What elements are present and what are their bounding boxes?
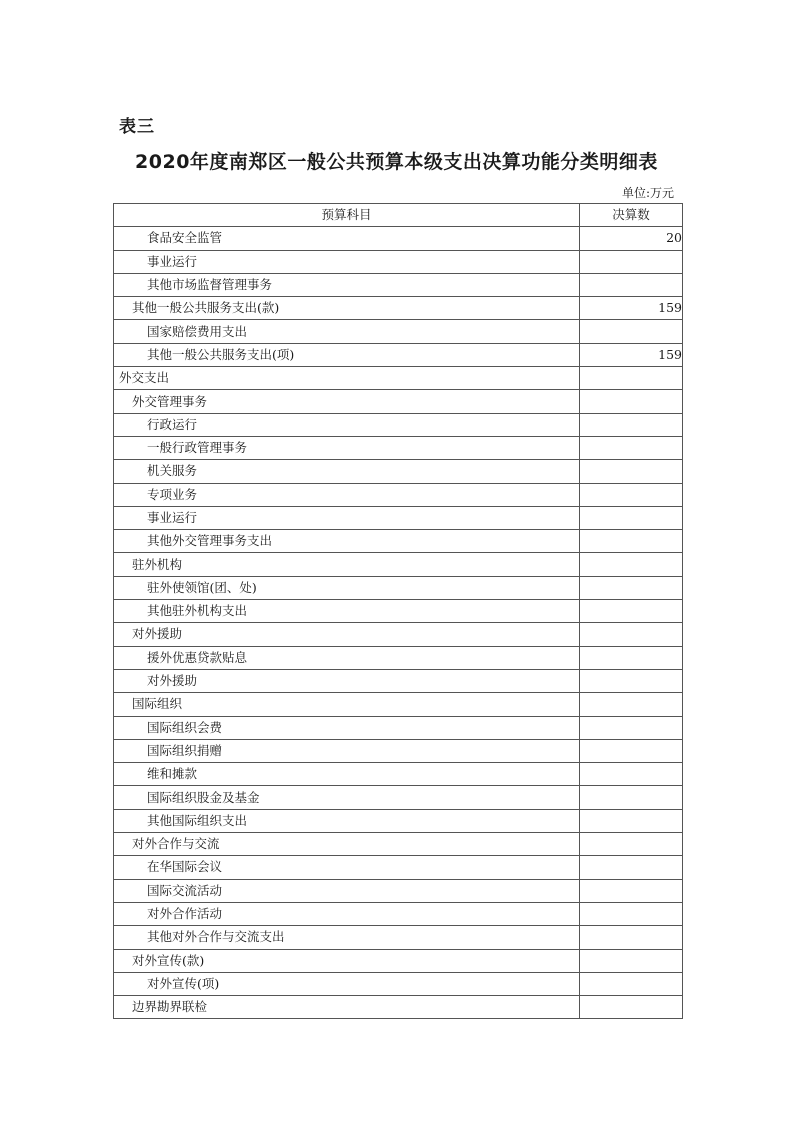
table-row: 其他国际组织支出 bbox=[114, 809, 683, 832]
table-row: 专项业务 bbox=[114, 483, 683, 506]
table-label: 表三 bbox=[119, 112, 155, 137]
final-amount-cell bbox=[580, 460, 683, 483]
table-row: 外交管理事务 bbox=[114, 390, 683, 413]
final-amount-cell bbox=[580, 833, 683, 856]
final-amount-cell bbox=[580, 926, 683, 949]
table-row: 食品安全监管20 bbox=[114, 227, 683, 250]
table-row: 对外合作活动 bbox=[114, 902, 683, 925]
budget-item-name: 对外援助 bbox=[114, 623, 580, 646]
table-row: 其他一般公共服务支出(项)159 bbox=[114, 343, 683, 366]
final-amount-cell: 159 bbox=[580, 297, 683, 320]
final-amount-cell bbox=[580, 600, 683, 623]
final-amount-cell bbox=[580, 972, 683, 995]
table-row: 外交支出 bbox=[114, 367, 683, 390]
table-body: 食品安全监管20事业运行其他市场监督管理事务其他一般公共服务支出(款)159国家… bbox=[114, 227, 683, 1019]
budget-item-name: 事业运行 bbox=[114, 506, 580, 529]
final-amount-cell bbox=[580, 367, 683, 390]
table-row: 援外优惠贷款贴息 bbox=[114, 646, 683, 669]
table-row: 事业运行 bbox=[114, 250, 683, 273]
table-row: 其他驻外机构支出 bbox=[114, 600, 683, 623]
budget-item-name: 在华国际会议 bbox=[114, 856, 580, 879]
budget-item-name: 国际交流活动 bbox=[114, 879, 580, 902]
table-row: 驻外机构 bbox=[114, 553, 683, 576]
final-amount-cell bbox=[580, 273, 683, 296]
budget-item-name: 对外宣传(款) bbox=[114, 949, 580, 972]
budget-item-name: 外交管理事务 bbox=[114, 390, 580, 413]
table-row: 国际组织捐赠 bbox=[114, 739, 683, 762]
budget-item-name: 对外援助 bbox=[114, 669, 580, 692]
final-amount-cell bbox=[580, 739, 683, 762]
table-row: 驻外使领馆(团、处) bbox=[114, 576, 683, 599]
table-row: 维和摊款 bbox=[114, 763, 683, 786]
final-amount-cell bbox=[580, 669, 683, 692]
table-row: 对外援助 bbox=[114, 669, 683, 692]
table-row: 边界勘界联检 bbox=[114, 996, 683, 1019]
budget-item-name: 国际组织会费 bbox=[114, 716, 580, 739]
budget-item-name: 外交支出 bbox=[114, 367, 580, 390]
table-row: 在华国际会议 bbox=[114, 856, 683, 879]
budget-item-name: 其他一般公共服务支出(款) bbox=[114, 297, 580, 320]
table-row: 事业运行 bbox=[114, 506, 683, 529]
budget-item-name: 食品安全监管 bbox=[114, 227, 580, 250]
final-amount-cell bbox=[580, 413, 683, 436]
final-amount-cell bbox=[580, 483, 683, 506]
final-amount-cell bbox=[580, 646, 683, 669]
final-amount-cell bbox=[580, 786, 683, 809]
budget-item-name: 行政运行 bbox=[114, 413, 580, 436]
final-amount-cell bbox=[580, 856, 683, 879]
budget-item-name: 维和摊款 bbox=[114, 763, 580, 786]
table-row: 行政运行 bbox=[114, 413, 683, 436]
unit-label: 单位:万元 bbox=[622, 184, 674, 201]
table-row: 其他对外合作与交流支出 bbox=[114, 926, 683, 949]
table-row: 国际交流活动 bbox=[114, 879, 683, 902]
final-amount-cell bbox=[580, 250, 683, 273]
final-amount-cell bbox=[580, 530, 683, 553]
budget-table: 预算科目 决算数 食品安全监管20事业运行其他市场监督管理事务其他一般公共服务支… bbox=[113, 203, 683, 1019]
budget-item-name: 一般行政管理事务 bbox=[114, 436, 580, 459]
final-amount-cell bbox=[580, 996, 683, 1019]
table-row: 对外宣传(款) bbox=[114, 949, 683, 972]
final-amount-cell bbox=[580, 320, 683, 343]
budget-item-name: 其他对外合作与交流支出 bbox=[114, 926, 580, 949]
table-row: 国际组织股金及基金 bbox=[114, 786, 683, 809]
final-amount-cell bbox=[580, 809, 683, 832]
table-header-row: 预算科目 决算数 bbox=[114, 204, 683, 227]
budget-item-name: 其他国际组织支出 bbox=[114, 809, 580, 832]
final-amount-cell: 20 bbox=[580, 227, 683, 250]
budget-item-name: 对外宣传(项) bbox=[114, 972, 580, 995]
budget-item-name: 其他驻外机构支出 bbox=[114, 600, 580, 623]
table-row: 其他一般公共服务支出(款)159 bbox=[114, 297, 683, 320]
budget-item-name: 国家赔偿费用支出 bbox=[114, 320, 580, 343]
table-row: 其他外交管理事务支出 bbox=[114, 530, 683, 553]
table-row: 对外合作与交流 bbox=[114, 833, 683, 856]
budget-item-name: 机关服务 bbox=[114, 460, 580, 483]
budget-item-name: 驻外机构 bbox=[114, 553, 580, 576]
table-row: 一般行政管理事务 bbox=[114, 436, 683, 459]
budget-item-name: 驻外使领馆(团、处) bbox=[114, 576, 580, 599]
final-amount-cell bbox=[580, 902, 683, 925]
budget-item-name: 专项业务 bbox=[114, 483, 580, 506]
budget-item-name: 其他外交管理事务支出 bbox=[114, 530, 580, 553]
final-amount-cell bbox=[580, 623, 683, 646]
header-budget-item: 预算科目 bbox=[114, 204, 580, 227]
final-amount-cell bbox=[580, 576, 683, 599]
budget-item-name: 国际组织股金及基金 bbox=[114, 786, 580, 809]
budget-item-name: 对外合作与交流 bbox=[114, 833, 580, 856]
final-amount-cell bbox=[580, 763, 683, 786]
budget-item-name: 援外优惠贷款贴息 bbox=[114, 646, 580, 669]
final-amount-cell bbox=[580, 506, 683, 529]
budget-item-name: 其他市场监督管理事务 bbox=[114, 273, 580, 296]
table-row: 其他市场监督管理事务 bbox=[114, 273, 683, 296]
final-amount-cell bbox=[580, 553, 683, 576]
budget-item-name: 国际组织 bbox=[114, 693, 580, 716]
budget-item-name: 国际组织捐赠 bbox=[114, 739, 580, 762]
final-amount-cell bbox=[580, 390, 683, 413]
table-row: 国家赔偿费用支出 bbox=[114, 320, 683, 343]
table-row: 对外援助 bbox=[114, 623, 683, 646]
budget-item-name: 边界勘界联检 bbox=[114, 996, 580, 1019]
final-amount-cell: 159 bbox=[580, 343, 683, 366]
budget-item-name: 事业运行 bbox=[114, 250, 580, 273]
budget-item-name: 其他一般公共服务支出(项) bbox=[114, 343, 580, 366]
final-amount-cell bbox=[580, 693, 683, 716]
final-amount-cell bbox=[580, 949, 683, 972]
budget-item-name: 对外合作活动 bbox=[114, 902, 580, 925]
final-amount-cell bbox=[580, 436, 683, 459]
final-amount-cell bbox=[580, 879, 683, 902]
table-row: 机关服务 bbox=[114, 460, 683, 483]
header-final-amount: 决算数 bbox=[580, 204, 683, 227]
document-title: 2020年度南郑区一般公共预算本级支出决算功能分类明细表 bbox=[0, 147, 793, 174]
final-amount-cell bbox=[580, 716, 683, 739]
table-row: 对外宣传(项) bbox=[114, 972, 683, 995]
table-row: 国际组织会费 bbox=[114, 716, 683, 739]
table-row: 国际组织 bbox=[114, 693, 683, 716]
